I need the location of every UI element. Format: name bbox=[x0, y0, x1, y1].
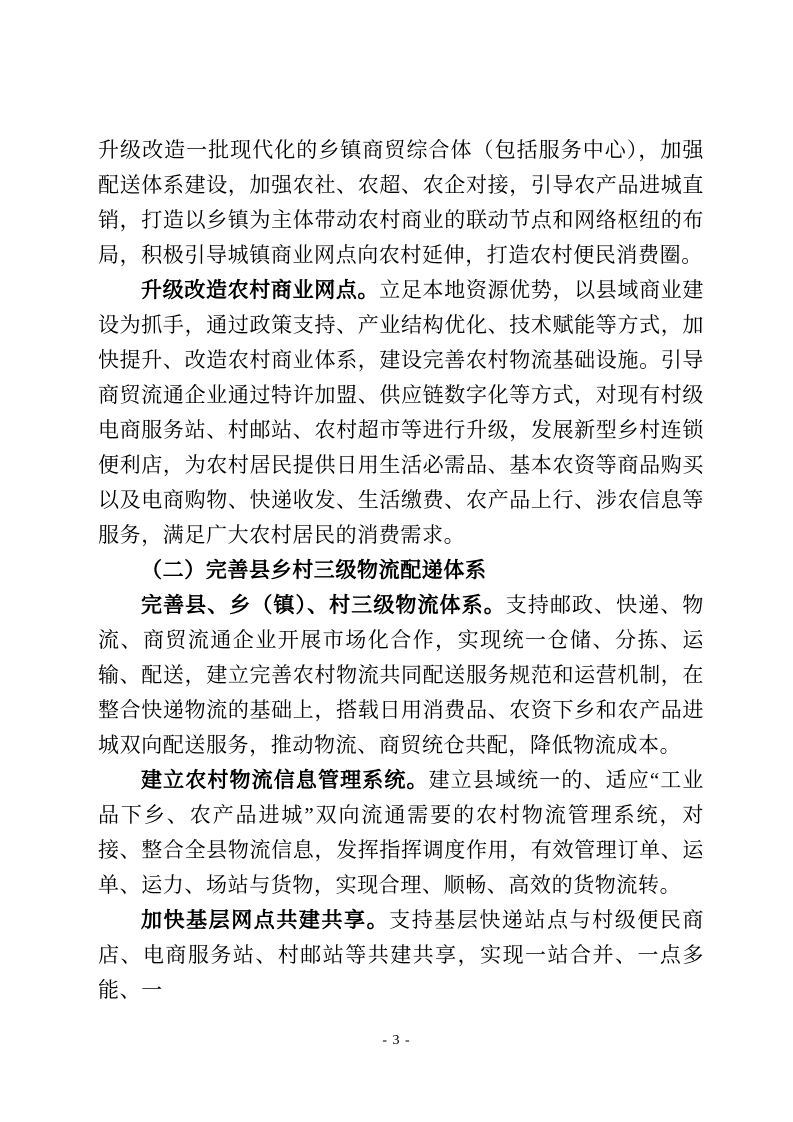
paragraph-text: 立足本地资源优势，以县域商业建设为抓手，通过政策支持、产业结构优化、技术赋能等方… bbox=[98, 278, 704, 547]
document-page: 升级改造一批现代化的乡镇商贸综合体（包括服务中心），加强配送体系建设，加强农社、… bbox=[0, 0, 793, 1122]
paragraph-text: 升级改造一批现代化的乡镇商贸综合体（包括服务中心），加强配送体系建设，加强农社、… bbox=[98, 138, 704, 267]
paragraph: 加快基层网点共建共享。支持基层快递站点与村级便民商店、电商服务站、村邮站等共建共… bbox=[98, 903, 704, 1008]
paragraph-text: 支持邮政、快递、物流、商贸流通企业开展市场化合作，实现统一仓储、分拣、运输、配送… bbox=[98, 593, 704, 757]
paragraph-continued: 升级改造一批现代化的乡镇商贸综合体（包括服务中心），加强配送体系建设，加强农社、… bbox=[98, 133, 704, 273]
paragraph: 完善县、乡（镇）、村三级物流体系。支持邮政、快递、物流、商贸流通企业开展市场化合… bbox=[98, 588, 704, 763]
paragraph-lead: 建立农村物流信息管理系统。 bbox=[141, 768, 429, 792]
paragraph-lead: 升级改造农村商业网点。 bbox=[141, 278, 379, 302]
section-heading-text: （二）完善县乡村三级物流配递体系 bbox=[141, 558, 487, 582]
paragraph: 建立农村物流信息管理系统。建立县域统一的、适应“工业品下乡、农产品进城”双向流通… bbox=[98, 763, 704, 903]
section-heading: （二）完善县乡村三级物流配递体系 bbox=[98, 553, 704, 588]
paragraph: 升级改造农村商业网点。立足本地资源优势，以县域商业建设为抓手，通过政策支持、产业… bbox=[98, 273, 704, 553]
page-number: - 3 - bbox=[0, 1033, 793, 1049]
paragraph-lead: 加快基层网点共建共享。 bbox=[141, 908, 389, 932]
text-content: 升级改造一批现代化的乡镇商贸综合体（包括服务中心），加强配送体系建设，加强农社、… bbox=[98, 133, 704, 1008]
paragraph-lead: 完善县、乡（镇）、村三级物流体系。 bbox=[141, 593, 506, 617]
